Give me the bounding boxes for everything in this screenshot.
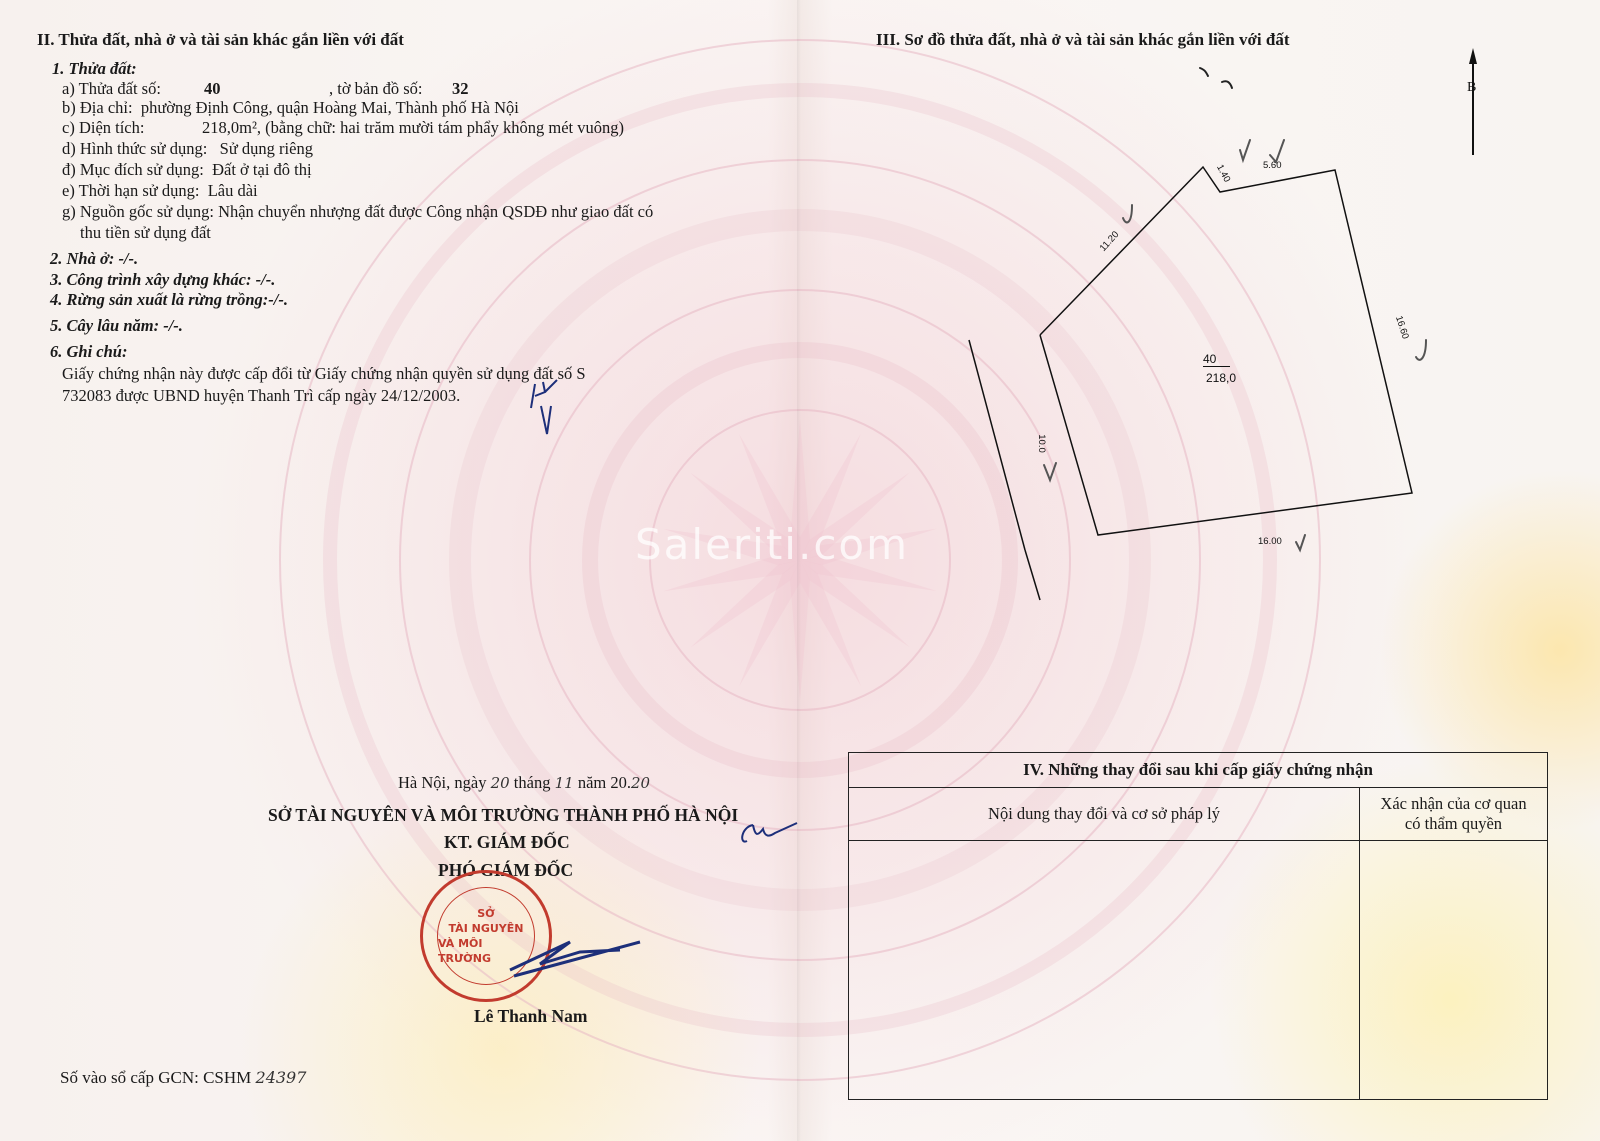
- edge-label-16-00: 16.00: [1258, 536, 1282, 547]
- changes-table-header: Nội dung thay đổi và cơ sở pháp lý Xác n…: [849, 788, 1547, 841]
- changes-table: IV. Những thay đổi sau khi cấp giấy chứn…: [848, 752, 1548, 1100]
- col-header-confirm: Xác nhận của cơ quan có thẩm quyền: [1360, 788, 1547, 840]
- edge-label-5-60: 5.60: [1263, 160, 1282, 171]
- north-label: B: [1467, 80, 1476, 96]
- diagram-parcel-no: 40: [1203, 352, 1230, 367]
- section-iv-title: IV. Những thay đổi sau khi cấp giấy chứn…: [849, 753, 1547, 788]
- changes-content-cell: [849, 841, 1360, 1099]
- edge-label-10-0: 10.0: [1036, 434, 1047, 453]
- col-header-confirm-line1: Xác nhận của cơ quan: [1380, 794, 1526, 814]
- diagram-parcel-area: 218,0: [1206, 371, 1236, 385]
- changes-table-body: [849, 841, 1547, 1099]
- north-arrow-icon: [1469, 48, 1477, 155]
- col-header-content: Nội dung thay đổi và cơ sở pháp lý: [849, 788, 1360, 840]
- col-header-confirm-line2: có thẩm quyền: [1380, 814, 1526, 834]
